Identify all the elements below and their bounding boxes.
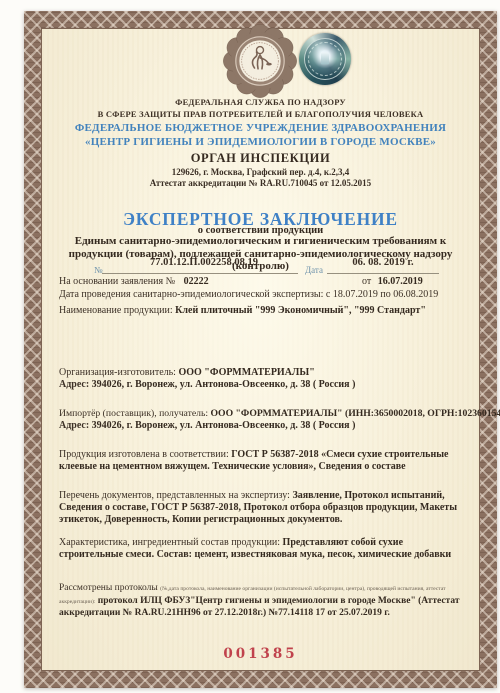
- application-from-label: от: [362, 276, 371, 287]
- application-line: На основании заявления № 02222 от 16.07.…: [59, 276, 461, 288]
- application-number: 02222: [184, 276, 209, 287]
- registration-row: № 77.01.12.П.002258.08.19 Дата 06. 08. 2…: [42, 257, 479, 277]
- manufacturer-label: Организация-изготовитель:: [59, 367, 176, 378]
- importer-line: Импортёр (поставщик), получатель: ООО "Ф…: [59, 408, 461, 420]
- standard-label: Продукция изготовлена в соответствии:: [59, 449, 229, 460]
- documents-line: Перечень документов, представленных на э…: [59, 490, 461, 526]
- application-date-group: от 16.07.2019: [362, 276, 423, 288]
- importer-label: Импортёр (поставщик), получатель:: [59, 408, 208, 419]
- importer-address-line: Адрес: 394026, г. Воронеж, ул. Антонова-…: [59, 420, 461, 432]
- rospotrebnadzor-emblem-icon: [221, 22, 299, 100]
- certificate-sheet: ФЕДЕРАЛЬНАЯ СЛУЖБА ПО НАДЗОРУ В СФЕРЕ ЗА…: [41, 28, 480, 671]
- institution-name-line1: ФЕДЕРАЛЬНОЕ БЮДЖЕТНОЕ УЧРЕЖДЕНИЕ ЗДРАВОО…: [42, 122, 479, 134]
- product-value: Клей плиточный "999 Экономичный", "999 С…: [175, 305, 426, 316]
- composition-line: Характеристика, ингредиентный состав про…: [59, 537, 461, 561]
- agency-name-line1: ФЕДЕРАЛЬНАЯ СЛУЖБА ПО НАДЗОРУ: [42, 97, 479, 107]
- composition-label: Характеристика, ингредиентный состав про…: [59, 537, 280, 548]
- manufacturer-address-value: 394026, г. Воронеж, ул. Антонова-Овсеенк…: [92, 379, 356, 390]
- registration-date-value: 06. 08. 2019 г.: [328, 257, 438, 268]
- manufacturer-address-label: Адрес:: [59, 379, 89, 390]
- standard-line: Продукция изготовлена в соответствии: ГО…: [59, 449, 461, 473]
- hologram-crest: [321, 52, 329, 64]
- inspection-organ-title: ОРГАН ИНСПЕКЦИИ: [42, 151, 479, 166]
- serial-number: 001385: [42, 646, 479, 662]
- importer-address-value: 394026, г. Воронеж, ул. Антонова-Овсеенк…: [92, 420, 356, 431]
- protocols-label: Рассмотрены протоколы: [59, 583, 158, 593]
- manufacturer-value: ООО "ФОРММАТЕРИАЛЫ": [178, 367, 314, 378]
- manufacturer-address-line: Адрес: 394026, г. Воронеж, ул. Антонова-…: [59, 379, 461, 391]
- protocols-value: протокол ИЛЦ ФБУЗ"Центр гигиены и эпидем…: [59, 596, 460, 619]
- documents-label: Перечень документов, представленных на э…: [59, 490, 290, 501]
- manufacturer-line: Организация-изготовитель: ООО "ФОРММАТЕР…: [59, 367, 461, 379]
- protocols-line: Рассмотрены протоколы (№,дата протокола,…: [59, 583, 461, 620]
- registration-date-label: Дата: [305, 265, 323, 275]
- agency-name-line2: В СФЕРЕ ЗАЩИТЫ ПРАВ ПОТРЕБИТЕЛЕЙ И БЛАГО…: [42, 109, 479, 119]
- product-label: Наименование продукции:: [59, 305, 173, 316]
- importer-address-label: Адрес:: [59, 420, 89, 431]
- organ-address: 129626, г. Москва, Графский пер. д.4, к.…: [42, 167, 479, 177]
- registration-date-underline: [327, 273, 439, 274]
- scanned-page: { "certificate": { "colors": { "accent_b…: [0, 0, 500, 693]
- organ-accreditation: Аттестат аккредитации № RA.RU.710045 от …: [42, 178, 479, 188]
- application-label: На основании заявления №: [59, 276, 175, 287]
- registration-number-underline: [102, 273, 298, 274]
- expertise-period-line: Дата проведения санитарно-эпидемиологиче…: [59, 289, 461, 301]
- hologram-seal-icon: [299, 33, 351, 85]
- product-line: Наименование продукции: Клей плиточный "…: [59, 305, 461, 317]
- institution-name-line2: «ЦЕНТР ГИГИЕНЫ И ЭПИДЕМИОЛОГИИ В ГОРОДЕ …: [42, 136, 479, 148]
- registration-number-value: 77.01.12.П.002258.08.19: [104, 257, 304, 268]
- guilloche-border-frame: ФЕДЕРАЛЬНАЯ СЛУЖБА ПО НАДЗОРУ В СФЕРЕ ЗА…: [24, 11, 497, 688]
- importer-value: ООО "ФОРММАТЕРИАЛЫ" (ИНН:3650002018, ОГР…: [211, 408, 500, 419]
- application-from-date: 16.07.2019: [378, 276, 423, 287]
